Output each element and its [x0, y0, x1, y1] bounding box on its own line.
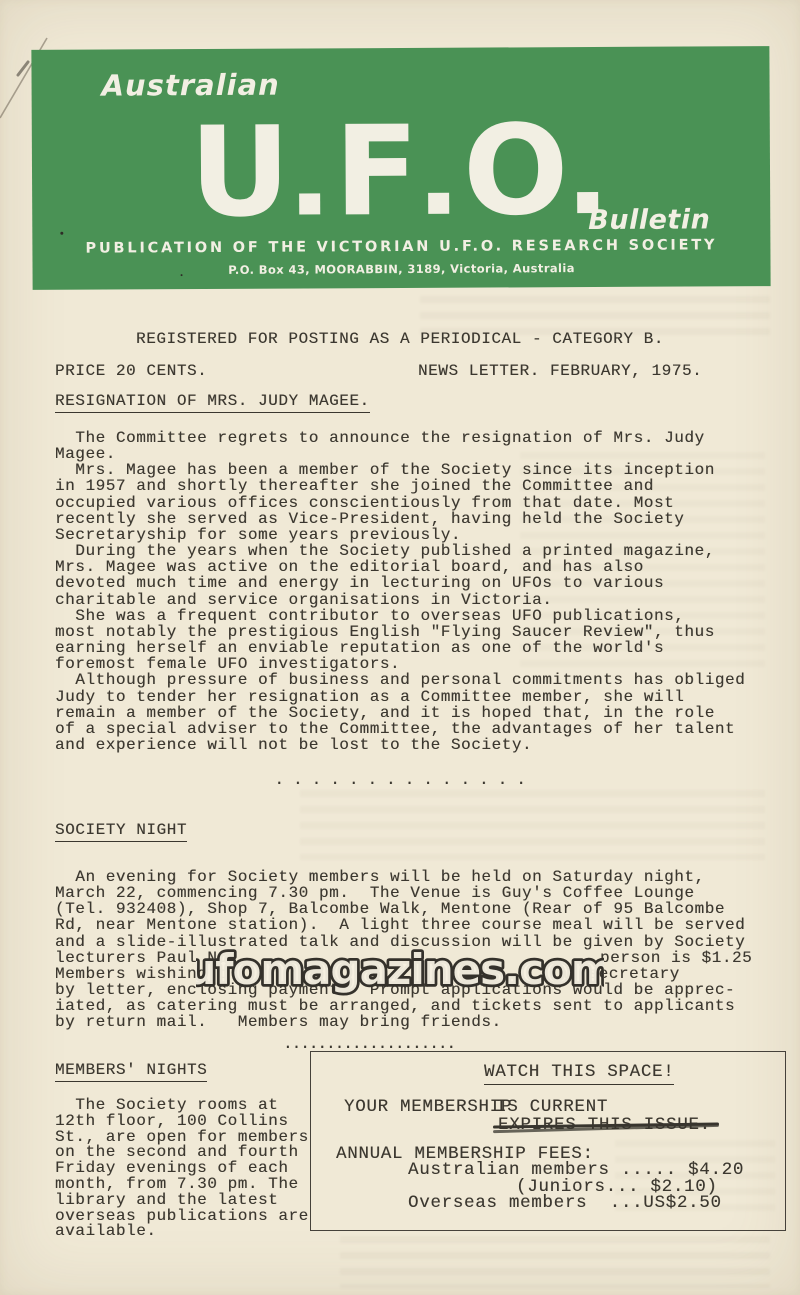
- membership-status-expires: EXPIRES THIS ISSUE.: [498, 1115, 711, 1135]
- resignation-body: The Committee regrets to announce the re…: [55, 430, 767, 753]
- society-night-heading-text: SOCIETY NIGHT: [55, 821, 187, 842]
- society-night-line7-right: he secretary: [558, 966, 680, 982]
- dust-speck: [181, 274, 183, 276]
- banner-subtitle: Bulletin: [588, 206, 710, 234]
- resignation-heading-text: RESIGNATION OF MRS. JUDY MAGEE.: [55, 392, 370, 413]
- watch-box-heading: WATCH THIS SPACE!: [484, 1064, 674, 1081]
- bleed-through-text: [340, 1236, 770, 1288]
- membership-status-current: IS CURRENT: [496, 1099, 608, 1116]
- members-nights-heading-text: MEMBERS' NIGHTS: [55, 1061, 207, 1082]
- address-line: P.O. Box 43, MOORABBIN, 3189, Victoria, …: [33, 262, 771, 277]
- dust-speck: [60, 232, 63, 235]
- society-night-body-top: An evening for Society members will be h…: [55, 869, 767, 950]
- members-nights-heading: MEMBERS' NIGHTS: [55, 1062, 207, 1078]
- masthead-banner: Australian UFO Bulletin PUBLICATION OF T…: [31, 46, 770, 290]
- fee-overseas: Overseas members ...US$2.50: [408, 1195, 722, 1212]
- publisher-line: PUBLICATION OF THE VICTORIAN U.F.O. RESE…: [32, 238, 770, 256]
- newsletter-page: { "page": { "paper_color": "#f0e9d6", "i…: [0, 0, 800, 1295]
- society-night-line6-left: lecturers Paul No: [55, 950, 228, 966]
- watch-box-heading-text: WATCH THIS SPACE!: [484, 1062, 674, 1085]
- society-night-heading: SOCIETY NIGHT: [55, 822, 187, 838]
- banner-kicker: Australian: [101, 71, 279, 101]
- society-night-body-bottom: by letter, enclosing payment. Prompt app…: [55, 982, 767, 1030]
- bleed-through-text: [300, 790, 765, 860]
- price-line: PRICE 20 CENTS.: [55, 363, 207, 379]
- society-night-line6-right: person is $1.25: [600, 950, 752, 966]
- members-nights-body: The Society rooms at 12th floor, 100 Col…: [55, 1098, 325, 1240]
- dotted-separator-2: ....................: [283, 1036, 455, 1052]
- society-night-line7-left: Members wishing t: [55, 966, 228, 982]
- registration-line: REGISTERED FOR POSTING AS A PERIODICAL -…: [0, 331, 800, 347]
- dotted-separator: . . . . . . . . . . . . . .: [0, 772, 800, 788]
- membership-box: WATCH THIS SPACE! YOUR MEMBERSHIP IS CUR…: [310, 1051, 786, 1231]
- resignation-heading: RESIGNATION OF MRS. JUDY MAGEE.: [55, 393, 370, 409]
- your-membership-label: YOUR MEMBERSHIP: [344, 1099, 512, 1116]
- issue-line: NEWS LETTER. FEBRUARY, 1975.: [418, 363, 702, 379]
